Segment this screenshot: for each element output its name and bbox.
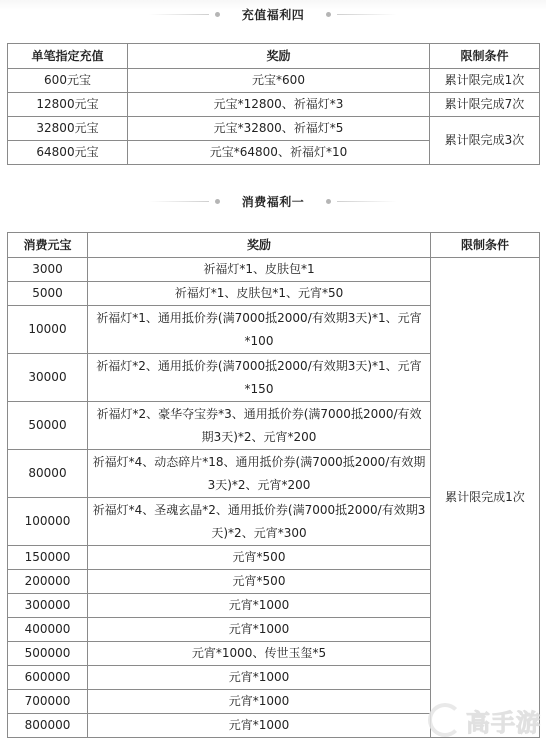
reward-cell: 祈福灯*2、通用抵价券(满7000抵2000/有效期3天)*1、元宵*150 — [88, 354, 431, 402]
consume-reward-table: 消费元宝 奖励 限制条件 3000 祈福灯*1、皮肤包*1 累计限完成1次 50… — [7, 232, 540, 738]
divider-line — [337, 14, 397, 15]
amount-cell: 12800元宝 — [8, 93, 128, 117]
reward-cell: 元宵*1000 — [88, 594, 431, 618]
reward-cell: 元宝*32800、祈福灯*5 — [128, 117, 430, 141]
amount-cell: 600000 — [8, 666, 88, 690]
limit-cell: 累计限完成1次 — [431, 258, 540, 738]
amount-cell: 400000 — [8, 618, 88, 642]
column-header: 限制条件 — [431, 233, 540, 258]
reward-cell: 元宝*64800、祈福灯*10 — [128, 141, 430, 165]
table-row: 3000 祈福灯*1、皮肤包*1 累计限完成1次 — [8, 258, 540, 282]
section-title-recharge: 充值福利四 — [0, 4, 546, 24]
column-header: 奖励 — [88, 233, 431, 258]
column-header: 奖励 — [128, 44, 430, 69]
amount-cell: 600元宝 — [8, 69, 128, 93]
table-row: 32800元宝 元宝*32800、祈福灯*5 累计限完成3次 — [8, 117, 540, 141]
section-heading: 充值福利四 — [242, 6, 305, 23]
amount-cell: 30000 — [8, 354, 88, 402]
column-header: 消费元宝 — [8, 233, 88, 258]
table-header-row: 单笔指定充值 奖励 限制条件 — [8, 44, 540, 69]
limit-cell: 累计限完成3次 — [430, 117, 540, 165]
reward-cell: 祈福灯*1、皮肤包*1、元宵*50 — [88, 282, 431, 306]
reward-cell: 元宝*12800、祈福灯*3 — [128, 93, 430, 117]
dot-icon — [326, 12, 331, 17]
divider-line — [149, 201, 209, 202]
amount-cell: 100000 — [8, 498, 88, 546]
reward-cell: 祈福灯*4、动态碎片*18、通用抵价券(满7000抵2000/有效期3天)*2、… — [88, 450, 431, 498]
reward-cell: 元宵*500 — [88, 546, 431, 570]
amount-cell: 150000 — [8, 546, 88, 570]
reward-cell: 祈福灯*1、皮肤包*1 — [88, 258, 431, 282]
amount-cell: 5000 — [8, 282, 88, 306]
reward-cell: 元宵*1000 — [88, 618, 431, 642]
recharge-reward-table: 单笔指定充值 奖励 限制条件 600元宝 元宝*600 累计限完成1次 1280… — [7, 43, 540, 165]
amount-cell: 700000 — [8, 690, 88, 714]
amount-cell: 200000 — [8, 570, 88, 594]
column-header: 限制条件 — [430, 44, 540, 69]
section-heading: 消费福利一 — [242, 193, 305, 210]
amount-cell: 80000 — [8, 450, 88, 498]
reward-cell: 元宵*1000、传世玉玺*5 — [88, 642, 431, 666]
divider-line — [149, 14, 209, 15]
reward-cell: 元宝*600 — [128, 69, 430, 93]
reward-cell: 元宵*500 — [88, 570, 431, 594]
reward-cell: 元宵*1000 — [88, 714, 431, 738]
section-title-consume: 消费福利一 — [0, 191, 546, 211]
amount-cell: 50000 — [8, 402, 88, 450]
reward-cell: 祈福灯*2、豪华夺宝券*3、通用抵价券(满7000抵2000/有效期3天)*2、… — [88, 402, 431, 450]
amount-cell: 10000 — [8, 306, 88, 354]
amount-cell: 800000 — [8, 714, 88, 738]
limit-cell: 累计限完成7次 — [430, 93, 540, 117]
amount-cell: 300000 — [8, 594, 88, 618]
table-row: 600元宝 元宝*600 累计限完成1次 — [8, 69, 540, 93]
reward-cell: 元宵*1000 — [88, 690, 431, 714]
dot-icon — [215, 199, 220, 204]
amount-cell: 500000 — [8, 642, 88, 666]
dot-icon — [215, 12, 220, 17]
divider-line — [337, 201, 397, 202]
page: 充值福利四 单笔指定充值 奖励 限制条件 600元宝 元宝*600 累计限完成1… — [0, 0, 546, 745]
reward-cell: 祈福灯*1、通用抵价券(满7000抵2000/有效期3天)*1、元宵*100 — [88, 306, 431, 354]
table-header-row: 消费元宝 奖励 限制条件 — [8, 233, 540, 258]
amount-cell: 32800元宝 — [8, 117, 128, 141]
amount-cell: 3000 — [8, 258, 88, 282]
dot-icon — [326, 199, 331, 204]
reward-cell: 元宵*1000 — [88, 666, 431, 690]
table-row: 12800元宝 元宝*12800、祈福灯*3 累计限完成7次 — [8, 93, 540, 117]
reward-cell: 祈福灯*4、圣魂玄晶*2、通用抵价券(满7000抵2000/有效期3天)*2、元… — [88, 498, 431, 546]
limit-cell: 累计限完成1次 — [430, 69, 540, 93]
amount-cell: 64800元宝 — [8, 141, 128, 165]
column-header: 单笔指定充值 — [8, 44, 128, 69]
